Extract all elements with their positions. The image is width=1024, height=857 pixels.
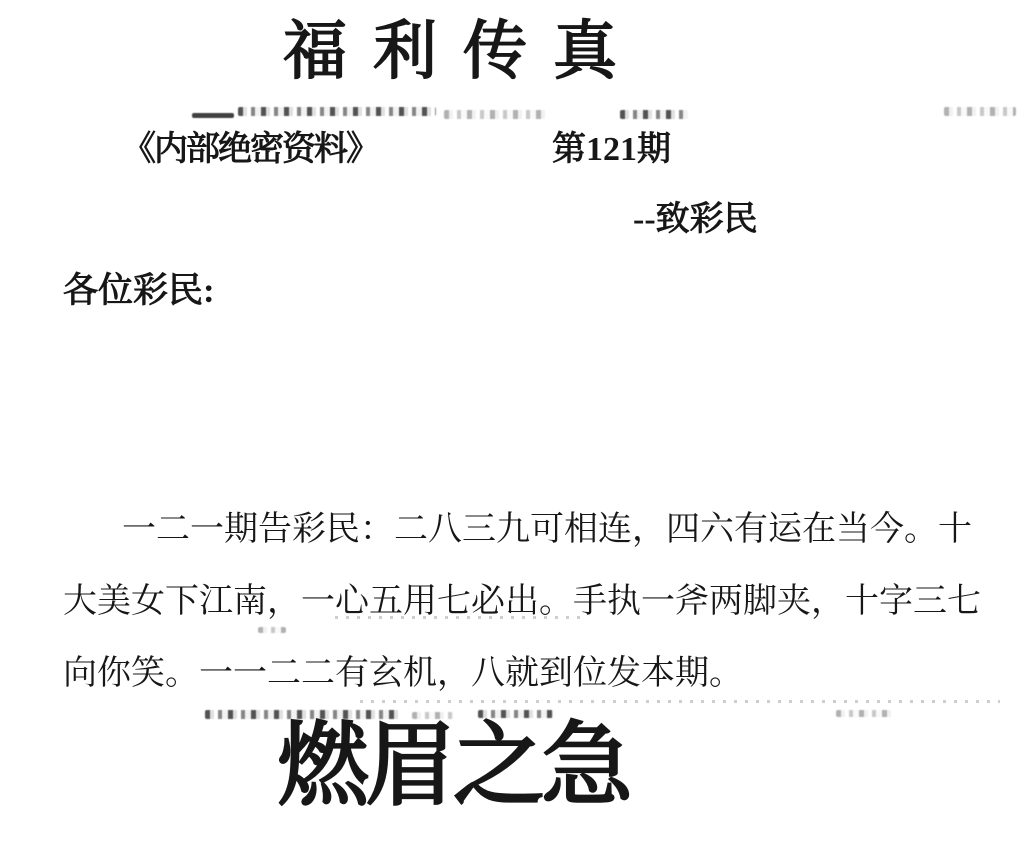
headline-title: 燃眉之急	[277, 720, 629, 812]
erased-text-smudge	[444, 110, 548, 119]
erased-text-smudge	[620, 110, 688, 119]
body-line: 一二一期告彩民：二八三九可相连，四六有运在当今。十	[63, 494, 988, 566]
erased-text-smudge	[192, 113, 234, 118]
scan-artifact-dots	[360, 700, 1000, 703]
salutation-line: 各位彩民:	[63, 270, 215, 312]
body-paragraph: 一二一期告彩民：二八三九可相连，四六有运在当今。十 大美女下江南，一心五用七必出…	[63, 494, 988, 710]
addressee-note: --致彩民	[633, 200, 758, 241]
masthead-title: 福利传真	[283, 16, 643, 86]
erased-text-smudge	[238, 107, 436, 116]
erased-text-smudge	[836, 710, 894, 717]
body-line: 大美女下江南，一心五用七必出。手执一斧两脚夹，十字三七	[63, 566, 988, 638]
erased-text-smudge	[258, 627, 286, 633]
classification-label: 《内部绝密资料》	[122, 130, 378, 171]
issue-number: 第121期	[552, 130, 671, 171]
document-page: 福利传真 《内部绝密资料》 第121期 --致彩民 各位彩民: 一二一期告彩民：…	[0, 0, 1024, 857]
erased-text-smudge	[944, 107, 1016, 116]
scan-artifact-dots	[335, 616, 580, 619]
